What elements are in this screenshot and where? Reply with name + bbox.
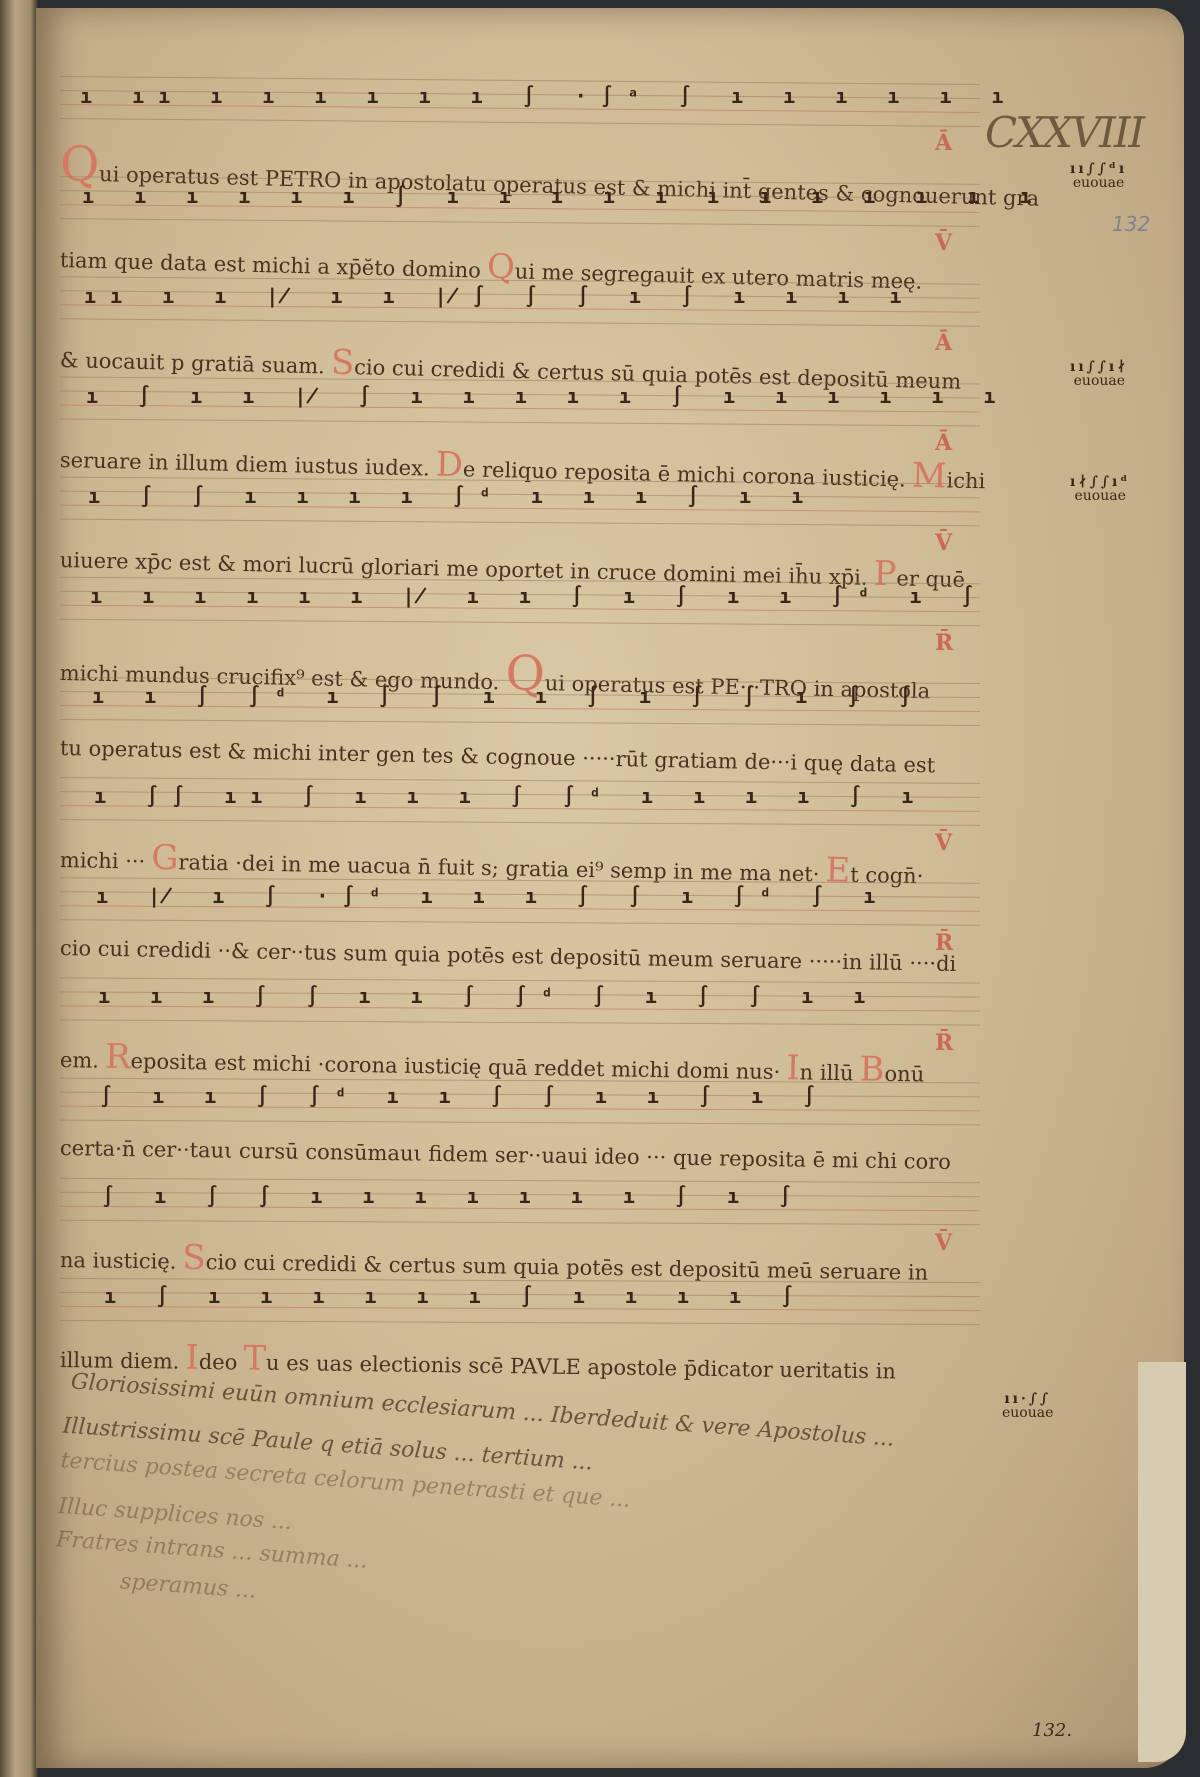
differentia-4: ıı·∫∫ euouae: [1002, 1392, 1053, 1420]
neume-row: ı ∫ ı ı ∤ ∫ ı ı ı ı ı ∫ ı ı ı ı ı ı: [86, 384, 1009, 408]
rubric-cue-letter: R̄: [935, 630, 953, 656]
lyric-text: deo: [199, 1350, 238, 1375]
lyric-text: em.: [60, 1048, 99, 1073]
rubric-initial: G: [151, 838, 179, 879]
neume-row: ı ı ı ∫ ∫ ı ı ∫ ∫ᵈ ∫ ı ∫ ∫ ı ı: [98, 984, 879, 1008]
differentia-neumes: ıı∫∫ᵈı: [1070, 162, 1127, 176]
paper-slip: [1138, 1362, 1186, 1762]
rubric-initial: M: [911, 456, 947, 497]
differentia-label: euouae: [1070, 489, 1130, 503]
lyric-text: ichi: [946, 468, 985, 493]
folio-number-bottom: 132.: [1032, 1720, 1072, 1741]
rubric-cue-letter: Ā: [935, 330, 952, 356]
rubric-initial: R: [105, 1037, 131, 1077]
rubric-cue-letter: Ā: [935, 430, 952, 456]
neume-row: ıı ı ı ∤ ı ı ∤∫ ∫ ∫ ı ∫ ı ı ı ı: [84, 284, 915, 308]
neume-row: ı ∫∫ ıı ∫ ı ı ı ∫ ∫ᵈ ı ı ı ı ∫ ı: [94, 784, 927, 808]
rubric-initial: T: [243, 1338, 266, 1378]
differentia-neumes: ıı·∫∫: [1002, 1392, 1053, 1406]
lyric-text: na iusticię.: [60, 1248, 177, 1274]
differentia-label: euouae: [1070, 176, 1127, 190]
rubric-cue-letter: V̄: [935, 1230, 952, 1256]
differentia-label: euouae: [1070, 374, 1129, 388]
rubric-cue-letter: V̄: [935, 530, 952, 556]
rubric-initial: Q: [486, 247, 515, 288]
neume-row: ı ıı ı ı ı ı ı ı ∫ ·∫ᵃ ∫ ı ı ı ı ı ı: [80, 84, 1017, 108]
rubric-initial: S: [182, 1238, 206, 1278]
folio-number-top: 132: [1112, 212, 1150, 236]
lyric-text: & uocauit p gratiā suam.: [60, 348, 326, 378]
neume-row: ı ∫ ı ı ı ı ı ı ∫ ı ı ı ı ∫: [104, 1284, 807, 1308]
neume-row: ∫ ı ı ∫ ∫ᵈ ı ı ∫ ∫ ı ı ∫ ı ∫: [100, 1084, 829, 1108]
rubric-initial: I: [185, 1338, 199, 1378]
rubric-cue-letter: Ā: [935, 130, 952, 156]
differentia-neumes: ı∤∫∫ıᵈ: [1070, 475, 1130, 489]
lyric-text: michi ···: [60, 848, 146, 874]
lyric-text: u es uas electionis scē PAVLE apostole p…: [266, 1351, 896, 1384]
neume-row: ı ı ı ı ı ı ∫ ı ı ı ı ı ı ı ı ı ı ı ı: [82, 184, 1046, 208]
rubric-initial: B: [859, 1049, 885, 1089]
neume-row: ı ı ∫ ∫ᵈ ı ∫ ∫ ı ı ∫ ı ∫ ∫ ı ∫ ∫: [92, 684, 925, 708]
rubric-cue-letter: V̄: [935, 230, 952, 256]
rubric-initial: S: [331, 343, 355, 384]
neume-row: ı ∤ ı ∫ ·∫ᵈ ı ı ı ∫ ∫ ı ∫ᵈ ∫ ı: [96, 884, 889, 908]
neume-row: ∫ ı ∫ ∫ ı ı ı ı ı ı ı ∫ ı ∫: [102, 1184, 805, 1208]
differentia-3: ı∤∫∫ıᵈ euouae: [1070, 475, 1130, 503]
folio-roman-numeral: CXXVIII: [985, 108, 1143, 157]
lyric-text: seruare in illum diem iustus iudex.: [60, 448, 430, 481]
rubric-cue-letter: R̄: [935, 930, 953, 956]
rubric-cue-letter: R̄: [935, 1030, 953, 1056]
book-gutter: [0, 0, 38, 1777]
differentia-2: ıı∫∫ı∤ euouae: [1070, 360, 1129, 388]
neume-row: ı ı ı ı ı ı ∤ ı ı ∫ ı ∫ ı ı ∫ᵈ ı ∫: [90, 584, 987, 608]
neume-row: ı ∫ ∫ ı ı ı ı ∫ᵈ ı ı ı ∫ ı ı: [88, 484, 817, 508]
rubric-cue-letter: V̄: [935, 830, 952, 856]
differentia-neumes: ıı∫∫ı∤: [1070, 360, 1129, 374]
differentia-label: euouae: [1002, 1406, 1053, 1420]
differentia-1: ıı∫∫ᵈı euouae: [1070, 162, 1127, 190]
